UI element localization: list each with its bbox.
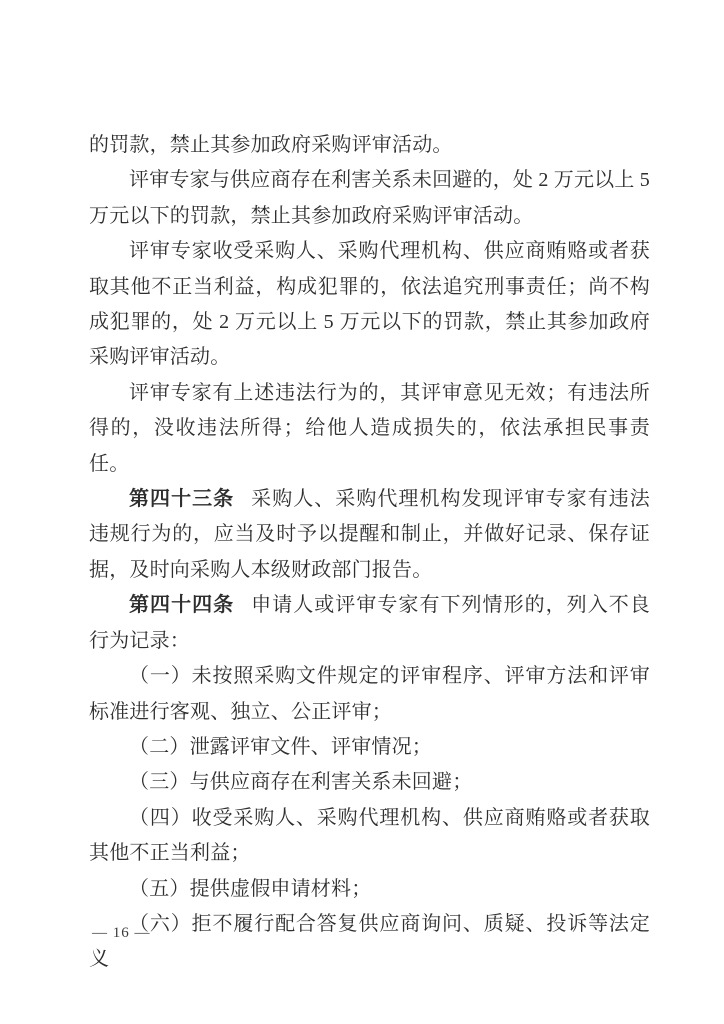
- paragraph: 评审专家与供应商存在利害关系未回避的，处 2 万元以上 5 万元以下的罚款，禁止…: [89, 163, 650, 234]
- list-item-5: （五）提供虚假申请材料；: [89, 872, 650, 907]
- paragraph-article-43: 第四十三条采购人、采购代理机构发现评审专家有违法违规行为的，应当及时予以提醒和制…: [89, 482, 650, 588]
- paragraph-text: （三）与供应商存在利害关系未回避；: [129, 771, 472, 793]
- paragraph: 的罚款，禁止其参加政府采购评审活动。: [89, 128, 650, 163]
- page-number: — 16 —: [92, 925, 151, 942]
- list-item-6: （六）拒不履行配合答复供应商询问、质疑、投诉等法定义: [89, 907, 650, 978]
- document-body: 的罚款，禁止其参加政府采购评审活动。 评审专家与供应商存在利害关系未回避的，处 …: [89, 128, 650, 978]
- paragraph-text: （四）收受采购人、采购代理机构、供应商贿赂或者获取其他不正当利益；: [89, 807, 650, 864]
- article-number: 第四十三条: [129, 488, 234, 510]
- list-item-4: （四）收受采购人、采购代理机构、供应商贿赂或者获取其他不正当利益；: [89, 801, 650, 872]
- paragraph-text: 的罚款，禁止其参加政府采购评审活动。: [89, 134, 453, 156]
- paragraph-article-44: 第四十四条申请人或评审专家有下列情形的，列入不良行为记录：: [89, 588, 650, 659]
- list-item-1: （一）未按照采购文件规定的评审程序、评审方法和评审标准进行客观、独立、公正评审；: [89, 659, 650, 730]
- paragraph-text: 评审专家有上述违法行为的，其评审意见无效；有违法所得的，没收违法所得；给他人造成…: [89, 382, 650, 475]
- paragraph: 评审专家有上述违法行为的，其评审意见无效；有违法所得的，没收违法所得；给他人造成…: [89, 376, 650, 482]
- paragraph-text: 评审专家与供应商存在利害关系未回避的，处 2 万元以上 5 万元以下的罚款，禁止…: [89, 169, 650, 226]
- article-number: 第四十四条: [129, 594, 234, 616]
- paragraph-text: （六）拒不履行配合答复供应商询问、质疑、投诉等法定义: [89, 913, 650, 970]
- paragraph: 评审专家收受采购人、采购代理机构、供应商贿赂或者获取其他不正当利益，构成犯罪的，…: [89, 234, 650, 376]
- list-item-2: （二）泄露评审文件、评审情况；: [89, 730, 650, 765]
- document-page: 的罚款，禁止其参加政府采购评审活动。 评审专家与供应商存在利害关系未回避的，处 …: [0, 0, 724, 1024]
- paragraph-text: （一）未按照采购文件规定的评审程序、评审方法和评审标准进行客观、独立、公正评审；: [89, 665, 650, 722]
- paragraph-text: 评审专家收受采购人、采购代理机构、供应商贿赂或者获取其他不正当利益，构成犯罪的，…: [89, 240, 650, 368]
- list-item-3: （三）与供应商存在利害关系未回避；: [89, 765, 650, 800]
- paragraph-text: （五）提供虚假申请材料；: [129, 878, 371, 900]
- paragraph-text: （二）泄露评审文件、评审情况；: [129, 736, 432, 758]
